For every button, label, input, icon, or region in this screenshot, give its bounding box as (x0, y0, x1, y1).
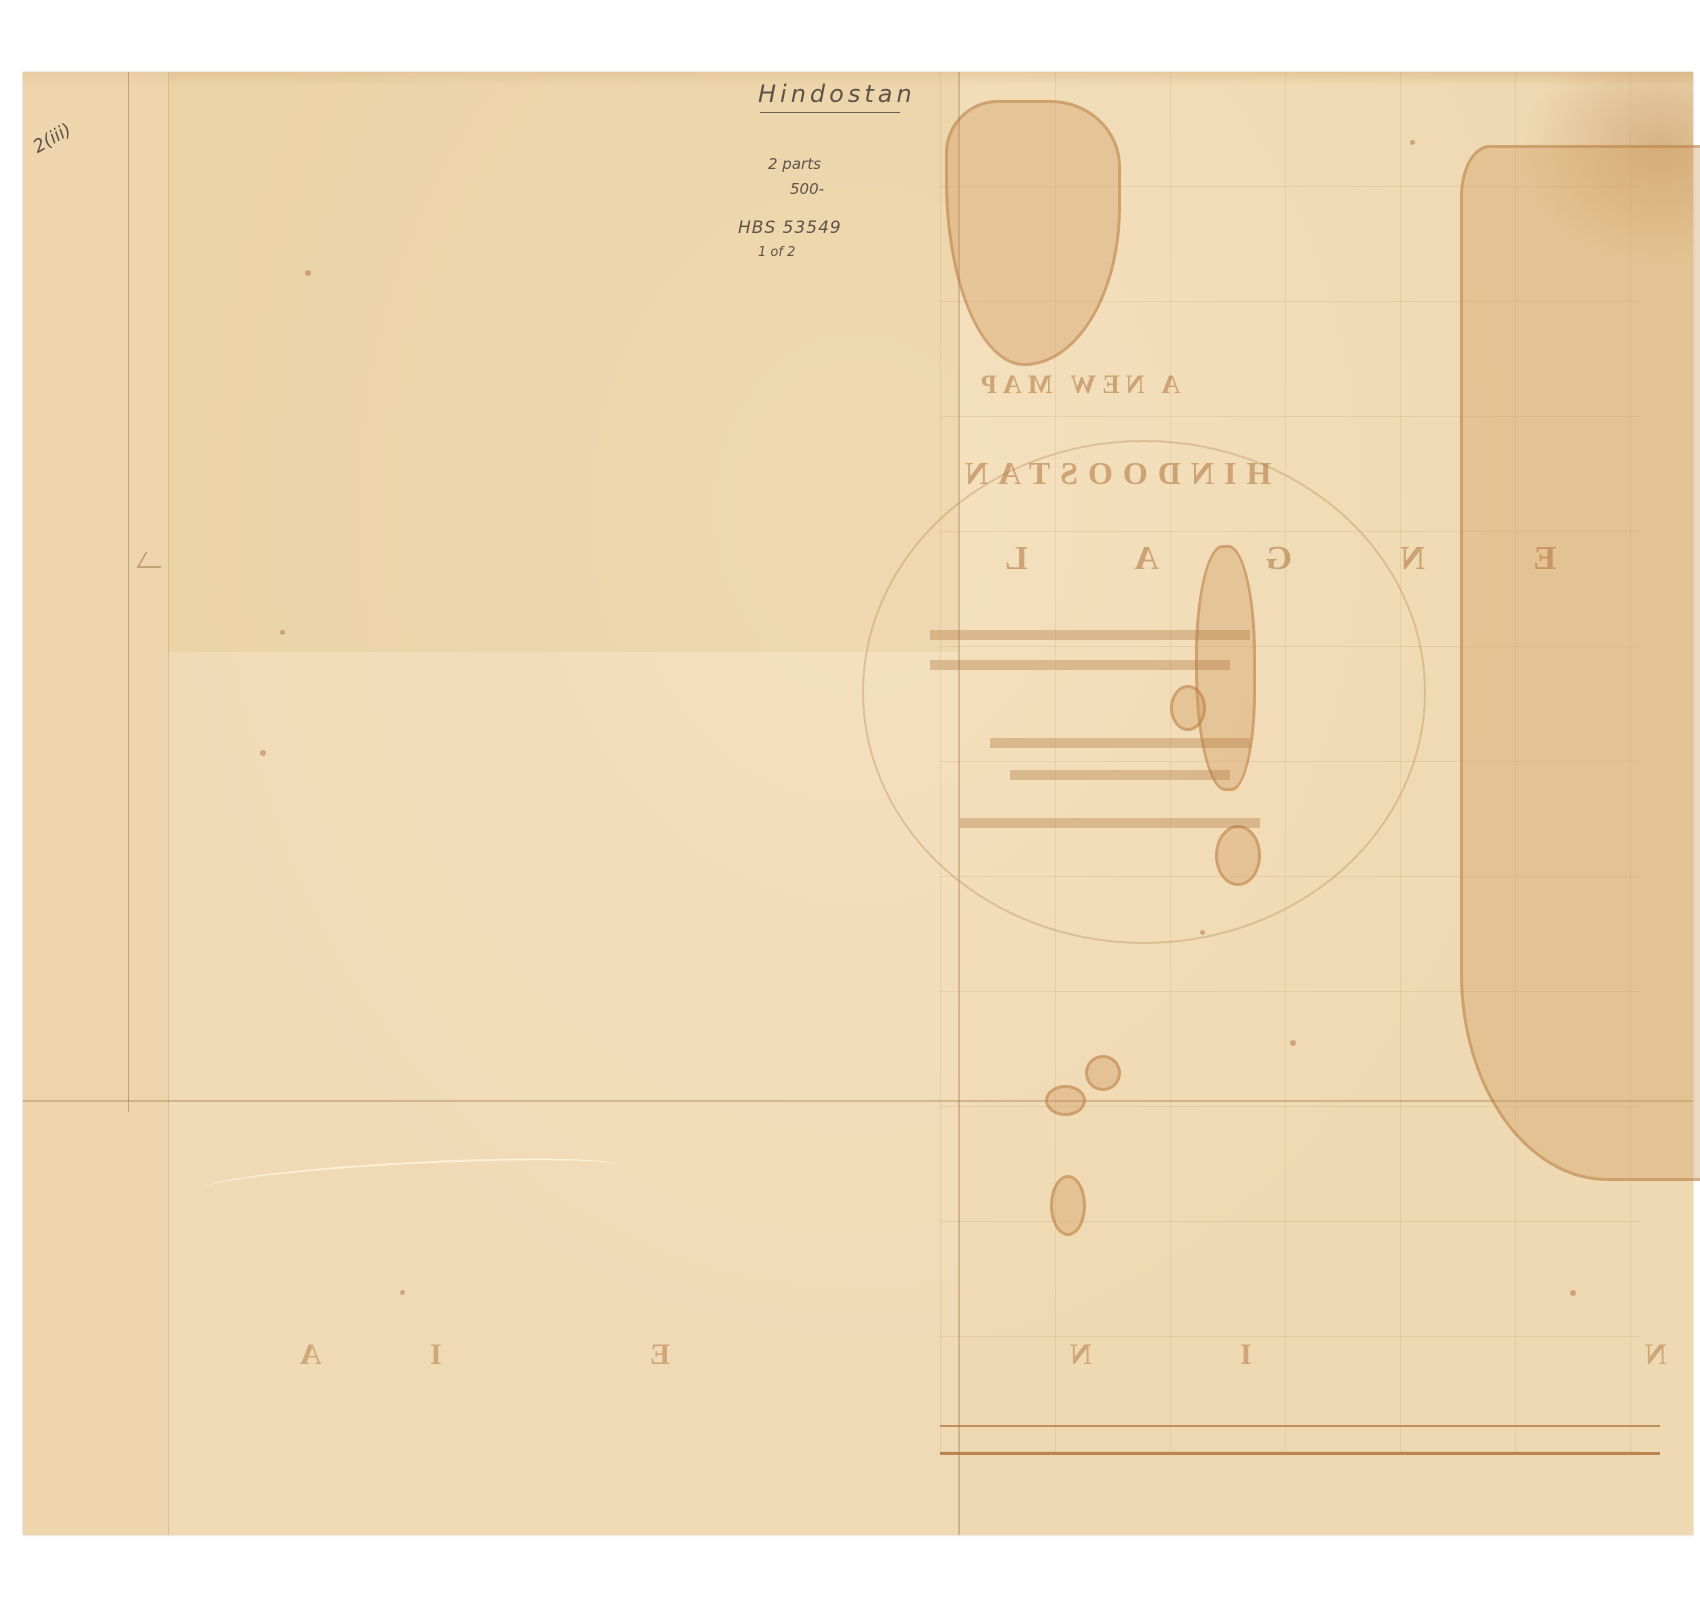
foxing-spot (1410, 140, 1415, 145)
map-neatline-outer (940, 1452, 1660, 1455)
bleed-text-line (930, 660, 1230, 670)
pencil-parts: 2 parts (768, 155, 821, 173)
map-neatline (940, 1425, 1660, 1427)
strip-fold-line (128, 72, 129, 1112)
paper-tab-mark (136, 552, 169, 568)
bleed-ocean-letter: A (300, 1338, 322, 1372)
cartouche-circle (862, 440, 1426, 944)
lower-left-panel (168, 652, 958, 1535)
pencil-underline (760, 112, 900, 113)
bleed-map-title: A NEW MAP (975, 370, 1180, 400)
foxing-spot (1570, 1290, 1576, 1296)
bleed-text-line (1010, 770, 1230, 780)
bleed-region-name: E N G A L (955, 540, 1556, 578)
foxing-spot (305, 270, 311, 276)
bleed-ocean-letter: I (430, 1338, 442, 1372)
bleed-text-line (960, 818, 1260, 828)
left-margin-strip (23, 72, 169, 1535)
island-small (1045, 1085, 1086, 1116)
pencil-title: Hindostan (758, 80, 916, 108)
bleed-ocean-letter: E (650, 1338, 670, 1372)
foxing-spot (1290, 1040, 1296, 1046)
island-small (1170, 685, 1206, 731)
foxing-spot (260, 750, 266, 756)
pencil-reference: HBS 53549 (738, 218, 842, 238)
pencil-copy-count: 1 of 2 (758, 245, 795, 260)
island-small (1215, 825, 1261, 886)
bleed-ocean-letter: N (1645, 1338, 1667, 1372)
bleed-ocean-letter: I (1240, 1338, 1252, 1372)
island-small (1050, 1175, 1086, 1236)
peninsula-coast (1460, 145, 1700, 1181)
bleed-map-subtitle: HINDOOSTAN (955, 455, 1271, 492)
upper-left-panel (168, 72, 958, 652)
foxing-spot (280, 630, 285, 635)
bleed-text-line (990, 738, 1250, 748)
island-small (1085, 1055, 1121, 1091)
pencil-price: 500- (790, 180, 824, 198)
foxing-spot (400, 1290, 405, 1295)
bleed-ocean-letter: N (1070, 1338, 1092, 1372)
bleed-text-line (930, 630, 1250, 640)
foxing-spot (1200, 930, 1205, 935)
